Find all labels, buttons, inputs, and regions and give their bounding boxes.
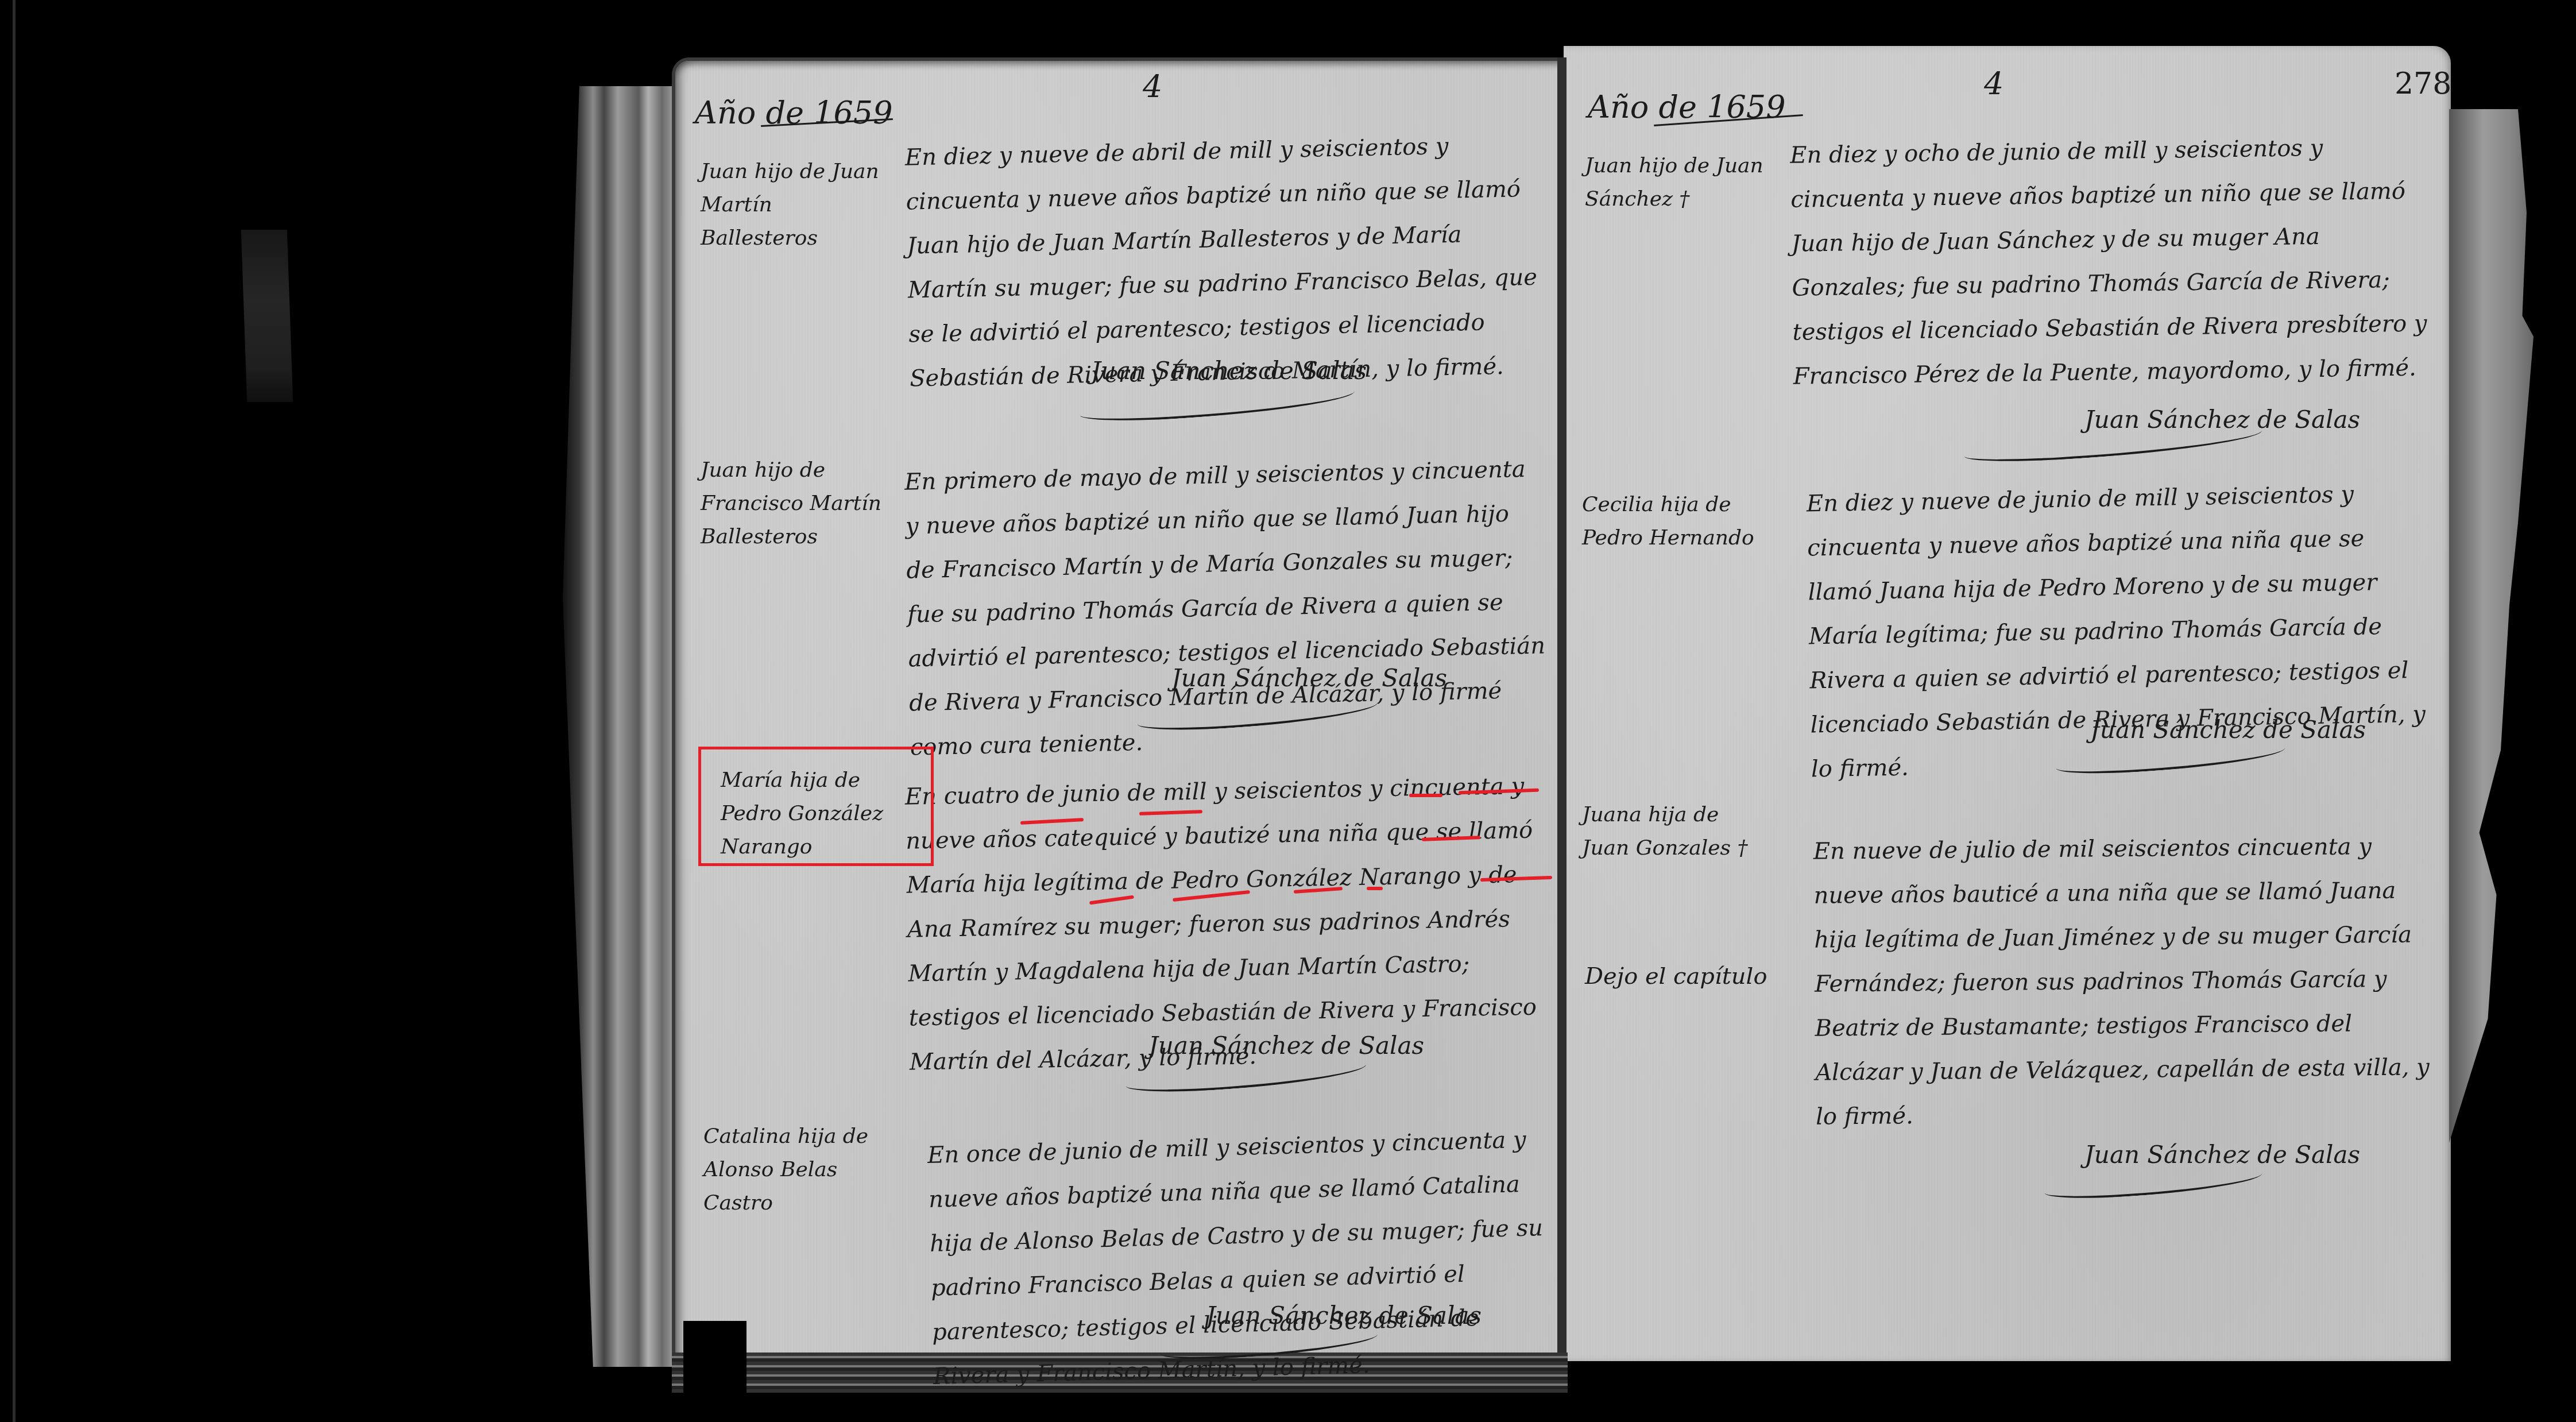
signature: Juan Sánchez de Salas: [1091, 359, 1367, 383]
scan-edge-line: [13, 0, 16, 1422]
torn-page-fragment: [2449, 109, 2535, 1143]
entry-text: En nueve de julio de mil seiscientos cin…: [1813, 824, 2436, 1139]
side-note: Dejo el capítulo: [1585, 965, 1767, 988]
margin-note: Catalina hija de Alonso Belas Castro: [703, 1120, 893, 1220]
margin-note: Juan hijo de Juan Sánchez †: [1585, 149, 1769, 216]
margin-note: Juan hijo de Francisco Martín Ballestero…: [701, 454, 890, 554]
annotation-bounding-box: [698, 747, 934, 866]
entry-text: En diez y ocho de junio de mill y seisci…: [1790, 125, 2431, 399]
margin-note: Cecilia hija de Pedro Hernando: [1582, 488, 1766, 555]
signature: Juan Sánchez de Salas: [1206, 1304, 1482, 1328]
signature: Juan Sánchez de Salas: [1148, 1034, 1424, 1058]
margin-note: Juan hijo de Juan Martín Ballesteros: [701, 155, 890, 255]
signature: Juan Sánchez de Salas: [2090, 718, 2366, 742]
page-mark-right: 4: [1984, 69, 2003, 100]
page-mark-left: 4: [1143, 72, 1162, 103]
scan-clip: [683, 1321, 747, 1422]
margin-note: Juana hija de Juan Gonzales †: [1582, 798, 1760, 865]
signature: Juan Sánchez de Salas: [2084, 1143, 2360, 1167]
folio-number: 278: [2395, 69, 2451, 99]
signature: Juan Sánchez de Salas: [1171, 666, 1447, 690]
scan-artifact: [241, 230, 293, 402]
annotation-underline: [1409, 794, 1442, 797]
book-spine: [1557, 57, 1567, 1373]
annotation-underline: [1367, 887, 1383, 890]
